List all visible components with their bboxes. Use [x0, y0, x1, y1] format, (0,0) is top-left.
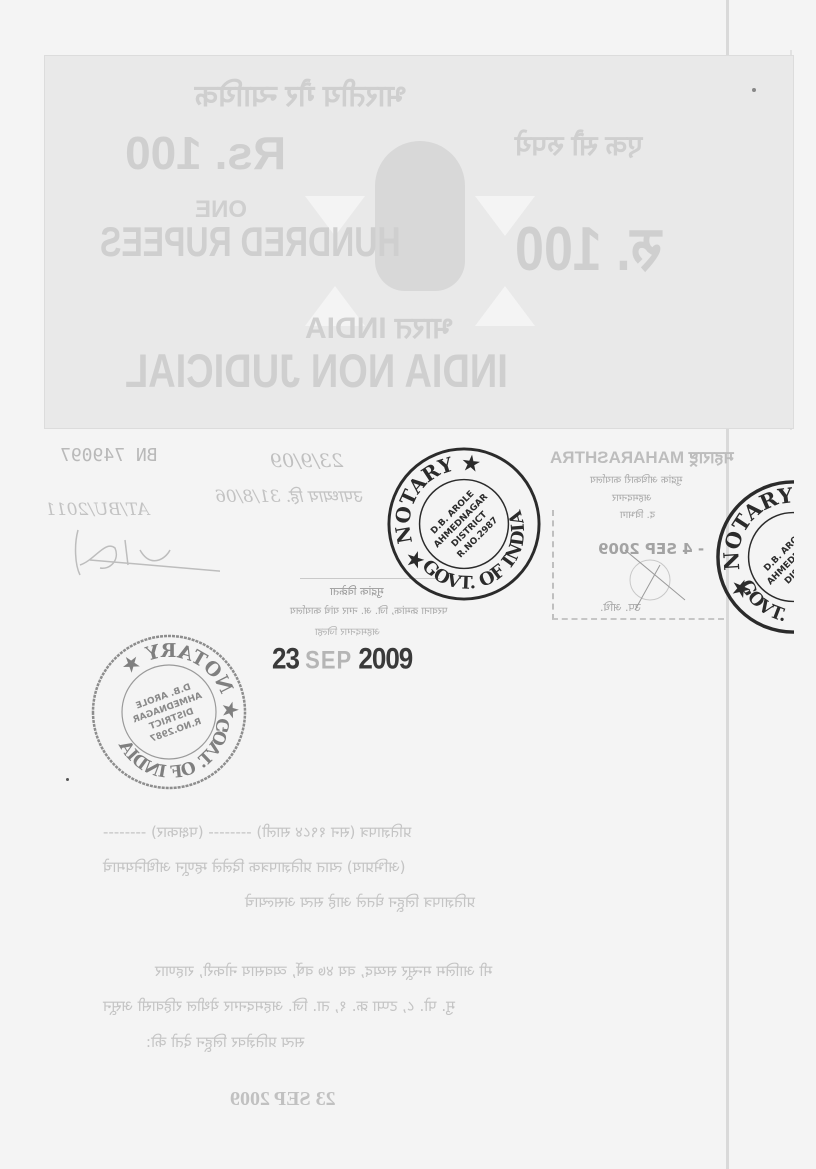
cross-mark-icon: [620, 545, 690, 615]
treasury-line3: द. विभाग: [620, 507, 655, 521]
serial-number: BN 749097: [60, 445, 158, 466]
notary-seal-mirrored: ★ NOTARY ★ GOVT. OF INDIA D.B. AROLE AHM…: [89, 632, 249, 792]
scan-speck: [66, 778, 69, 781]
body-line: प्रतिज्ञापत्र लिहून घेतले आहे सत्य असल्य…: [245, 892, 475, 912]
date-stamp-day: 23: [272, 641, 299, 676]
stamp-footer: INDIA NON JUDICIAL: [125, 346, 508, 400]
handwritten-note: उपाध्याय हि. 31/8/06: [215, 484, 364, 507]
treasury-line2: अहमदनगर: [612, 490, 652, 504]
svg-text:★ NOTARY ★: ★ NOTARY ★: [714, 478, 816, 608]
stamp-header-hindi: भारतीय गैर न्यायिक: [195, 74, 406, 115]
stamp-paper-header: भारतीय गैर न्यायिक Rs. 100 एक सौ रुपये O…: [44, 55, 794, 429]
document-page: भारतीय गैर न्यायिक Rs. 100 एक सौ रुपये O…: [0, 0, 816, 1169]
stamp-denomination-hindi: एक सौ रुपये: [515, 126, 643, 164]
signature: [70, 520, 220, 580]
treasury-line1: मुद्रांक अधिकारी कार्यालय: [590, 472, 683, 486]
vendor-title: मुद्रांक विक्रेता: [330, 584, 384, 599]
stamp-words-line2: HUNDRED RUPEES: [100, 218, 400, 266]
vendor-line1: परवाना क्रमांक, जि. अ. नगर यांचे कार्याल…: [290, 603, 448, 617]
vendor-line2: अहमदनगर जिल्हा: [315, 624, 380, 638]
body-line: सत्य प्रतिज्ञेवर लिहून देतो की:: [146, 1032, 305, 1052]
state-label: महाराष्ट्र MAHARASHTRA: [550, 445, 734, 468]
stamp-denomination-rupee: रु. 100: [515, 204, 662, 289]
stamp-denomination-en: Rs. 100: [125, 126, 286, 180]
date-stamp-month: SEP: [305, 645, 352, 674]
stamp-country: भारत INDIA: [305, 306, 453, 347]
date-stamp-year: 2009: [358, 641, 412, 676]
body-line: प्रतिज्ञापत्र (सन १९८४ साली) -------- (प…: [103, 822, 411, 842]
date-stamp-ghost: 23 SEP 2009: [230, 1088, 336, 1111]
notary-seal-clipped: ★ NOTARY ★ GOVT. D.B. AROLE AHMEDNAGAR D…: [714, 478, 816, 636]
sunray-decoration: [475, 286, 535, 326]
scan-speck: [752, 88, 756, 92]
handwritten-date: 23/9/09: [270, 450, 343, 472]
date-stamp: 23 SEP 2009: [272, 641, 412, 677]
notary-seal: ★ NOTARY ★ GOVT. OF INDIA D.B. AROLE AHM…: [385, 445, 543, 603]
body-line: (अभिप्राय) त्यात प्रतिज्ञापत्रक दिलेले म…: [103, 857, 406, 877]
body-line: मु. पो. ८, टप्पा क्र. १, ता. जि. अहमदनगर…: [103, 996, 455, 1016]
body-line: मी आलिम मन्सूर सय्यद, वय ४७ वर्षे, व्यवस…: [155, 961, 492, 981]
handwritten-ref: AT/BU/2011: [45, 500, 149, 520]
state-emblem-icon: [375, 141, 465, 291]
